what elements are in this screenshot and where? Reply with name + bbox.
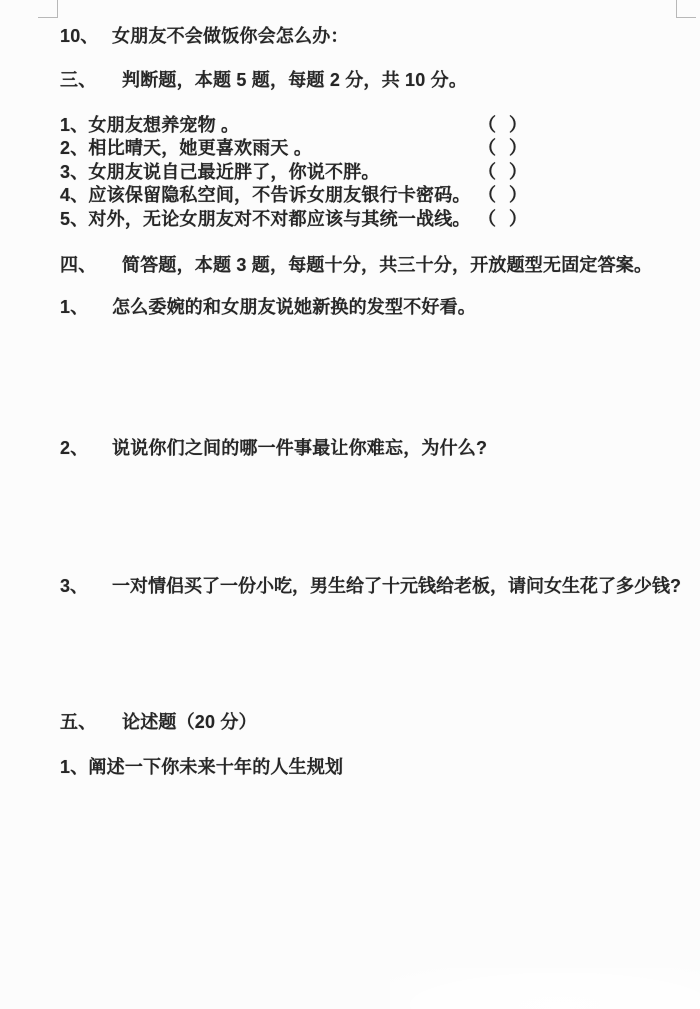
judgement-item-2-answer-blank: （ ） bbox=[478, 137, 531, 160]
essay-item-1-text: 阐述一下你未来十年的人生规划 bbox=[88, 757, 343, 777]
judgement-item-1: 1、女朋友想养宠物 。 （ ） bbox=[0, 114, 700, 137]
judgement-item-2-text: 相比晴天，她更喜欢雨天 。 bbox=[88, 138, 312, 158]
judgement-question-list: 1、女朋友想养宠物 。 （ ） 2、相比晴天，她更喜欢雨天 。 （ ） 3、女朋… bbox=[0, 114, 700, 231]
judgement-item-4-answer-blank: （ ） bbox=[478, 184, 531, 207]
section-five-number: 五、 bbox=[60, 712, 122, 732]
section-five-title: 论述题（20 分） bbox=[122, 712, 257, 732]
question-10-line: 10、女朋友不会做饭你会怎么办： bbox=[60, 26, 692, 46]
short-answer-item-3: 3、一对情侣买了一份小吃，男生给了十元钱给老板，请问女生花了多少钱? bbox=[60, 576, 692, 596]
short-answer-item-3-number: 3、 bbox=[60, 576, 112, 596]
short-answer-item-3-text: 一对情侣买了一份小吃，男生给了十元钱给老板，请问女生花了多少钱? bbox=[112, 576, 681, 596]
question-10-number: 10、 bbox=[60, 26, 112, 46]
judgement-item-4-number: 4、 bbox=[60, 185, 88, 205]
section-four-number: 四、 bbox=[60, 255, 122, 275]
short-answer-item-2-number: 2、 bbox=[60, 438, 112, 458]
judgement-item-5-number: 5、 bbox=[60, 209, 88, 229]
judgement-item-5: 5、对外，无论女朋友对不对都应该与其统一战线。 （ ） bbox=[0, 208, 700, 231]
essay-item-1-number: 1、 bbox=[60, 757, 88, 777]
judgement-item-3-number: 3、 bbox=[60, 162, 88, 182]
section-four-title: 简答题，本题 3 题，每题十分，共三十分，开放题型无固定答案。 bbox=[122, 255, 652, 275]
crop-mark-top-right bbox=[676, 0, 696, 18]
short-answer-item-1: 1、怎么委婉的和女朋友说她新换的发型不好看。 bbox=[60, 297, 692, 317]
crop-mark-top-left bbox=[38, 0, 58, 18]
section-five-heading: 五、论述题（20 分） bbox=[60, 712, 692, 732]
exam-paper-page: 10、女朋友不会做饭你会怎么办： 三、判断题，本题 5 题，每题 2 分，共 1… bbox=[0, 0, 700, 1009]
judgement-item-4-text: 应该保留隐私空间，不告诉女朋友银行卡密码。 bbox=[88, 185, 470, 205]
judgement-item-1-answer-blank: （ ） bbox=[478, 114, 531, 137]
judgement-item-3: 3、女朋友说自己最近胖了，你说不胖。 （ ） bbox=[0, 161, 700, 184]
faint-watermark bbox=[390, 968, 700, 1009]
short-answer-item-1-text: 怎么委婉的和女朋友说她新换的发型不好看。 bbox=[112, 297, 476, 317]
section-three-heading: 三、判断题，本题 5 题，每题 2 分，共 10 分。 bbox=[60, 70, 692, 90]
question-10-text: 女朋友不会做饭你会怎么办： bbox=[112, 26, 349, 46]
section-three-number: 三、 bbox=[60, 70, 122, 90]
short-answer-item-2-text: 说说你们之间的哪一件事最让你难忘，为什么? bbox=[112, 438, 487, 458]
short-answer-item-2: 2、说说你们之间的哪一件事最让你难忘，为什么? bbox=[60, 438, 692, 458]
judgement-item-1-text: 女朋友想养宠物 。 bbox=[88, 115, 239, 135]
judgement-item-3-text: 女朋友说自己最近胖了，你说不胖。 bbox=[88, 162, 379, 182]
short-answer-item-1-number: 1、 bbox=[60, 297, 112, 317]
judgement-item-3-answer-blank: （ ） bbox=[478, 161, 531, 184]
judgement-item-5-answer-blank: （ ） bbox=[478, 208, 531, 231]
judgement-item-2-number: 2、 bbox=[60, 138, 88, 158]
judgement-item-4: 4、应该保留隐私空间，不告诉女朋友银行卡密码。 （ ） bbox=[0, 184, 700, 207]
section-three-title: 判断题，本题 5 题，每题 2 分，共 10 分。 bbox=[122, 70, 467, 90]
judgement-item-1-number: 1、 bbox=[60, 115, 88, 135]
section-four-heading: 四、简答题，本题 3 题，每题十分，共三十分，开放题型无固定答案。 bbox=[60, 255, 692, 275]
judgement-item-5-text: 对外，无论女朋友对不对都应该与其统一战线。 bbox=[88, 209, 470, 229]
judgement-item-2: 2、相比晴天，她更喜欢雨天 。 （ ） bbox=[0, 137, 700, 160]
essay-item-1: 1、阐述一下你未来十年的人生规划 bbox=[60, 757, 692, 777]
